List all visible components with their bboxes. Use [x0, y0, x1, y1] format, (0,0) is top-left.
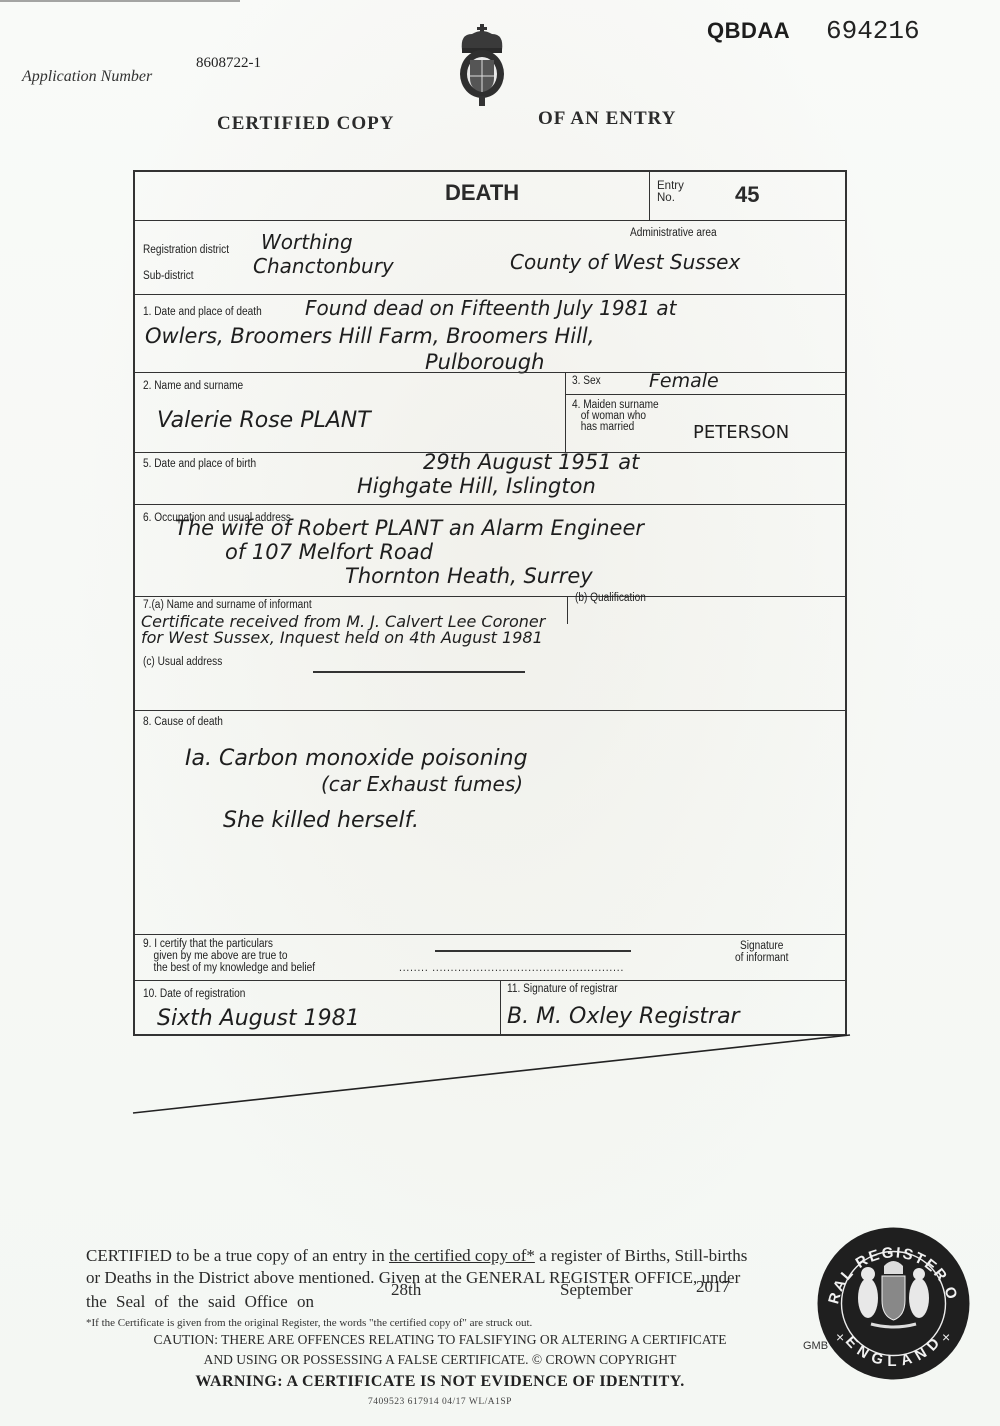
cancel-diagonal-line [120, 1025, 860, 1120]
form-heading: DEATH [445, 180, 519, 206]
certificate-title-left: CERTIFIED COPY [217, 113, 395, 135]
administrative-area-value: County of West Sussex [510, 250, 740, 274]
divider [565, 372, 566, 452]
cause-of-death-line-3: She killed herself. [223, 808, 419, 833]
field-2-label: 2. Name and surname [143, 380, 243, 392]
signature-of-informant-label: Signature of informant [735, 940, 788, 964]
date-place-of-death-line-3: Pulborough [425, 350, 544, 374]
print-code: 7409523 617914 04/17 WL/A1SP [100, 1397, 780, 1407]
entry-number: 45 [735, 182, 759, 208]
royal-crest-icon [452, 24, 512, 108]
death-entry-form: DEATH Entry No. 45 Registration district… [133, 170, 847, 1036]
cause-of-death-line-1: Ia. Carbon monoxide poisoning [185, 746, 528, 771]
administrative-area-label: Administrative area [630, 227, 717, 239]
field-10-label: 10. Date of registration [143, 988, 245, 1000]
registration-district-label: Registration district [143, 244, 229, 256]
divider [649, 172, 650, 220]
identity-warning: WARNING: A CERTIFICATE IS NOT EVIDENCE O… [100, 1373, 780, 1391]
field-7c-label: (c) Usual address [143, 656, 222, 668]
divider [135, 596, 845, 597]
sub-district-label: Sub-district [143, 270, 194, 282]
application-number-label: Application Number [22, 68, 152, 86]
field-4-label: 4. Maiden surname of woman who has marri… [572, 400, 659, 433]
occupation-line-1: The wife of Robert PLANT an Alarm Engine… [175, 516, 644, 540]
occupation-line-2: of 107 Melfort Road [225, 540, 433, 564]
divider [567, 596, 568, 624]
field-8-label: 8. Cause of death [143, 716, 223, 728]
serial-number: 694216 [826, 16, 920, 46]
svg-text:×: × [942, 1329, 950, 1345]
name-and-surname-value: Valerie Rose PLANT [157, 408, 371, 433]
date-place-of-birth-line-2: Highgate Hill, Islington [357, 474, 596, 498]
divider [135, 372, 845, 373]
field-3-label: 3. Sex [572, 375, 601, 387]
divider [565, 394, 845, 395]
scan-edge-line [0, 0, 240, 2]
informant-signature-dots: ........ ...............................… [399, 962, 624, 974]
date-place-of-death-line-1: Found dead on Fifteenth July 1981 at [305, 296, 677, 320]
given-day: 28th [391, 1279, 421, 1301]
date-place-of-birth-line-1: 29th August 1951 at [423, 450, 639, 474]
sex-value: Female [649, 370, 719, 392]
certification-line-1: CERTIFIED to be a true copy of an entry … [86, 1245, 747, 1267]
footnote: *If the Certificate is given from the or… [86, 1317, 532, 1329]
field-5-label: 5. Date and place of birth [143, 458, 256, 470]
general-register-office-seal-icon: GENERAL REGISTER OFFICE ENGLAND × × [816, 1226, 971, 1381]
entry-number-label: Entry No. [657, 180, 684, 204]
divider [135, 710, 845, 711]
divider [135, 934, 845, 935]
struck-out-line [435, 950, 631, 952]
divider [135, 294, 845, 295]
occupation-line-3: Thornton Heath, Surrey [345, 564, 593, 588]
divider [135, 504, 845, 505]
field-7b-label: (b) Qualification [575, 592, 646, 604]
application-number: 8608722-1 [196, 55, 261, 72]
field-1-label: 1. Date and place of death [143, 306, 262, 318]
sub-district-value: Chanctonbury [253, 254, 394, 278]
date-place-of-death-line-2: Owlers, Broomers Hill Farm, Broomers Hil… [145, 324, 594, 348]
svg-text:×: × [836, 1329, 844, 1345]
serial-prefix: QBDAA [707, 18, 790, 44]
informant-line-2: for West Sussex, Inquest held on 4th Aug… [141, 628, 543, 647]
divider [135, 220, 845, 221]
certification-line-3: the Seal of the said Office on [86, 1291, 314, 1313]
cause-of-death-line-2: (car Exhaust fumes) [321, 772, 523, 796]
divider [135, 980, 845, 981]
registration-district-value: Worthing [261, 230, 353, 254]
struck-out-line [313, 671, 525, 673]
field-11-label: 11. Signature of registrar [507, 983, 618, 995]
caution-notice: CAUTION: THERE ARE OFFENCES RELATING TO … [100, 1330, 780, 1370]
field-7a-label: 7.(a) Name and surname of informant [143, 599, 312, 611]
given-year: 2017 [696, 1276, 730, 1298]
given-month: September [560, 1279, 633, 1301]
field-9-label: 9. I certify that the particulars given … [143, 938, 315, 974]
maiden-surname-value: PETERSON [693, 422, 789, 443]
certificate-title-right: OF AN ENTRY [538, 108, 676, 130]
